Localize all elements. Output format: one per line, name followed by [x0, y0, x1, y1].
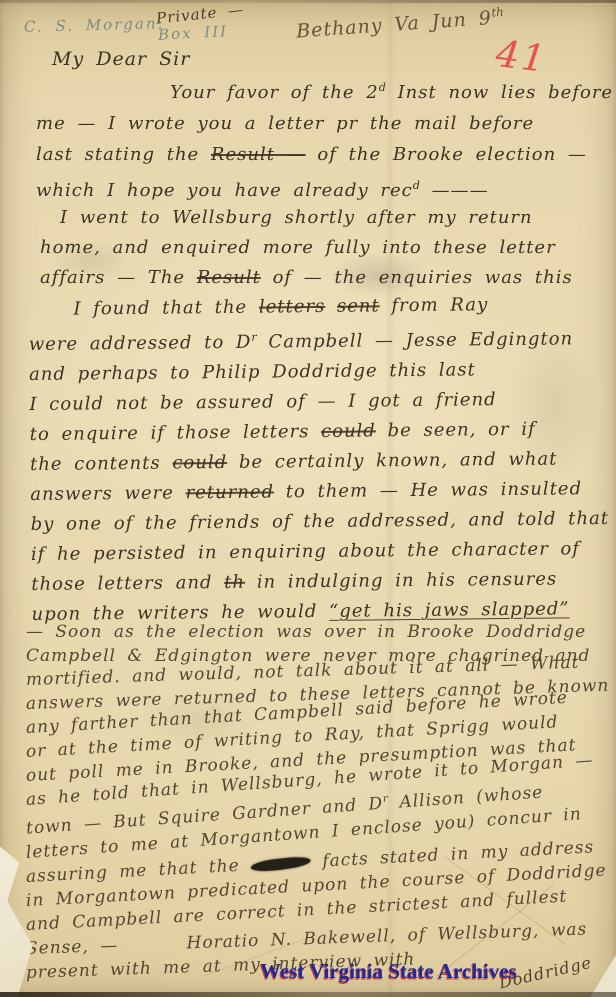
scan-edge-bottom [0, 992, 616, 997]
dateline-ordinal: th [491, 5, 504, 20]
handwritten-segment: Your favor of the 2 [170, 82, 379, 103]
handwritten-segment: I went to Wellsburg shortly after my ret… [60, 207, 533, 228]
handwritten-segment-strike: returned [185, 481, 274, 503]
handwritten-segment: ——— [420, 180, 489, 201]
salutation: My Dear Sir [52, 48, 190, 70]
handwritten-segment-strike: could [321, 420, 376, 442]
handwritten-segment-strike: Result [197, 267, 261, 288]
handwritten-line: which I hope you have already recd ——— [36, 170, 613, 206]
dateline-text: Bethany Va Jun 9 [296, 7, 493, 43]
handwritten-segment: of the Brooke election — [306, 144, 587, 165]
handwritten-segment: be certainly known, and what [227, 449, 557, 473]
handwritten-line: — Soon as the election was over in Brook… [26, 620, 616, 644]
ink-blot [251, 855, 312, 872]
handwritten-segment: and perhaps to Philip Doddridge this las… [29, 359, 476, 385]
handwritten-segment: last stating the [36, 144, 211, 165]
handwritten-segment: I could not be assured of — I got a frie… [29, 389, 496, 415]
handwritten-line: affairs — The Result of — the enquiries … [40, 263, 573, 293]
handwritten-segment-sup: d [379, 81, 386, 94]
paragraph: — Soon as the election was over in Brook… [26, 620, 616, 985]
handwritten-line: I went to Wellsburg shortly after my ret… [40, 203, 573, 233]
handwritten-segment-sup: d [413, 179, 420, 192]
handwritten-segment-strike: could [172, 452, 227, 474]
paragraph: Your favor of the 2d Inst now lies befor… [36, 72, 613, 206]
handwritten-segment [325, 296, 337, 317]
handwritten-segment: I found that the [73, 297, 259, 320]
archivist-note-owner: C. S. Morgan. [24, 14, 165, 36]
handwritten-segment: be seen, or if [376, 419, 536, 442]
handwritten-segment: Campbell — Jesse Edgington [257, 328, 574, 352]
handwritten-segment: from Ray [380, 294, 489, 316]
handwritten-segment-strike: letters [259, 296, 326, 318]
handwritten-line: were addressed to Dr Campbell — Jesse Ed… [29, 319, 608, 360]
scanned-letter-page: { "page": { "watermark": "West Virginia … [0, 0, 616, 997]
handwritten-segment: were addressed to D [29, 332, 252, 355]
handwritten-segment: home, and enquired more fully into these… [40, 237, 556, 258]
handwritten-segment-strike: Result — [211, 144, 306, 165]
handwritten-segment: me — I wrote you a letter pr the mail be… [36, 113, 534, 134]
handwritten-segment: by one of the friends of the addressed, … [31, 508, 610, 535]
handwritten-segment: Inst now lies before [386, 82, 613, 103]
handwritten-segment: to them — He was insulted [274, 478, 582, 502]
handwritten-segment-strike: th [224, 572, 245, 593]
handwritten-line: Your favor of the 2d Inst now lies befor… [36, 72, 613, 108]
handwritten-segment: — Soon as the election was over in Brook… [26, 622, 586, 642]
handwritten-segment: in indulging in his censures [245, 569, 557, 593]
handwritten-segment: to enquire if those letters [30, 421, 322, 445]
handwritten-line: me — I wrote you a letter pr the mail be… [36, 108, 613, 139]
paragraph: I went to Wellsburg shortly after my ret… [40, 203, 573, 293]
handwritten-segment: those letters and [31, 572, 224, 595]
handwritten-line: last stating the Result — of the Brooke … [36, 139, 613, 170]
archive-watermark: West Virginia State Archives [260, 959, 517, 984]
handwritten-line: home, and enquired more fully into these… [40, 233, 573, 263]
handwritten-segment: of — the enquiries was this [261, 267, 573, 288]
handwritten-segment: which I hope you have already rec [36, 180, 413, 201]
handwritten-segment: the contents [30, 453, 173, 475]
paragraph: I found that the letters sent from Raywe… [28, 289, 610, 630]
handwritten-segment: answers were [30, 482, 185, 505]
scan-edge-top [0, 0, 616, 3]
handwritten-segment: affairs — The [40, 267, 197, 288]
dateline: Bethany Va Jun 9th [295, 5, 504, 43]
handwritten-segment-underline: “get his jaws slapped” [329, 598, 570, 622]
handwritten-segment: if he persisted in enquiring about the c… [31, 538, 580, 565]
annotation-box: Box III [158, 22, 229, 44]
handwritten-segment-strike: sent [337, 295, 380, 316]
